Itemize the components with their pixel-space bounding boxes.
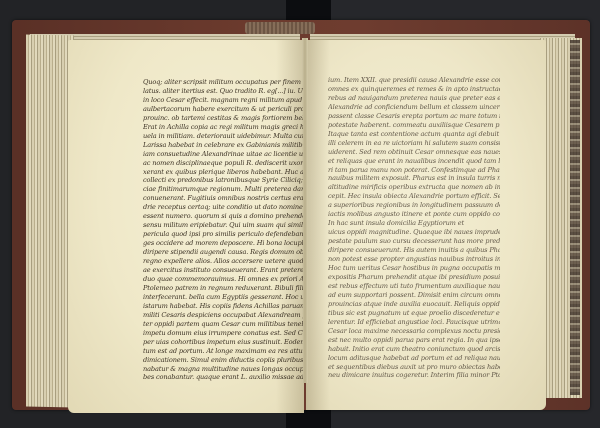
text-line: In hac sunt insula domicilia Egyptiorum … <box>328 219 500 228</box>
text-line: nabatur & magna multitudine naues longas… <box>143 365 303 374</box>
text-line: uiderent. Sed rem obtinuit Cesar omnesqu… <box>328 148 500 157</box>
background-gap-top <box>286 0 331 22</box>
text-line: aulbertacorum habere exercitum & ut peri… <box>143 105 303 114</box>
text-line: ac nomen disciplinaeque populi R. dedisc… <box>143 159 303 168</box>
text-line: impetu domum eius irrumpere conatus est.… <box>143 329 303 338</box>
headband <box>245 22 315 34</box>
text-line: et reliquas que erant in naualibus incen… <box>328 157 500 166</box>
text-line: dimicationem. Simul enim diductis copiis… <box>143 356 303 365</box>
text-line: istarum habebat. His copiis fidens Achil… <box>143 302 303 311</box>
text-line: non potest esse propter angustias nauibu… <box>328 255 500 264</box>
text-line: diripere stipendii augendi causa. Regis … <box>143 248 303 257</box>
text-line: regno expellere alios. Alios accersere u… <box>143 257 303 266</box>
text-line: expositis Pharum prehendit atque ibi pre… <box>328 273 500 282</box>
text-line: diripere consueuerunt. His autem inuitis… <box>328 246 500 255</box>
text-line: drie receptus certaq; uite conditio ut d… <box>143 203 303 212</box>
text-line: pestate paulum suo cursu decesserunt has… <box>328 237 500 246</box>
text-line: tibus sic est pugnatum ut eque proelio d… <box>328 309 500 318</box>
text-line: est rebus effectum uti tuto frumentum au… <box>328 282 500 291</box>
text-line: uicus oppidi magnitudine. Quaeque ibi na… <box>328 228 500 237</box>
left-page-text: Quoq; aliter scripsit militum occupatus … <box>143 78 303 382</box>
text-line: passent classe Cesaris erepta portum ac … <box>328 112 500 121</box>
text-line: locum aditusque habebat ad portum et ad … <box>328 354 500 363</box>
text-line: latus. aliter itertius est. Quo tradito … <box>143 87 303 96</box>
page-edges-left <box>26 34 74 407</box>
text-line: prouincias atque inde auxilia euocauit. … <box>328 300 500 309</box>
text-line: cepit. Hec insula obiecta Alexandrie por… <box>328 192 500 201</box>
text-line: per uias cohortibus impetum eius sustinu… <box>143 338 303 347</box>
text-line: Quoq; aliter scripsit militum occupatus … <box>143 78 303 87</box>
text-line: interfecerant. bella cum Egyptiis gesser… <box>143 293 303 302</box>
text-line: neu dimicare inuitus cogeretur. Interim … <box>328 371 500 380</box>
text-line: in loco Cesar effecit. magnam regni mili… <box>143 96 303 105</box>
right-page-text: ium. Item XXII. que presidii causa Alexa… <box>328 76 500 380</box>
text-line: pericula quod ipsi pro similis periculo … <box>143 230 303 239</box>
text-line: uela in militiam. deteriorauit uidebimur… <box>143 132 303 141</box>
text-line: militi Cesaris despiciens occupabat Alex… <box>143 311 303 320</box>
text-line: ri tam parua manu non poterat. Confestim… <box>328 166 500 175</box>
text-line: ter oppidi partem quam Cesar cum militib… <box>143 320 303 329</box>
text-line: et sequentibus diebus auxit ut pro muro … <box>328 363 500 372</box>
text-line: Hoc tum ueritus Cesar hostibus in pugna … <box>328 264 500 273</box>
text-line: Ptolemeo patrem in regnum reduxerant. Bi… <box>143 284 303 293</box>
text-line: ciae finitimarumque regionum. Multi pret… <box>143 185 303 194</box>
text-line: conuenerant. Fugitiuis omnibus nostris c… <box>143 194 303 203</box>
text-line: altitudine mirificis operibus extructa q… <box>328 183 500 192</box>
text-line: ad eum supportari possent. Dimisit enim … <box>328 291 500 300</box>
text-line: nauibus militem exposuit. Pharus est in … <box>328 174 500 183</box>
text-line: prouinc. ob tartemi cestitas & magis for… <box>143 114 303 123</box>
text-line: illi celerem in ea re uictoriam hi salut… <box>328 139 500 148</box>
text-line: rebus ad nauigandum preterea nauis que p… <box>328 94 500 103</box>
text-line: Cesar loca maxime necessaria complexus n… <box>328 327 500 336</box>
text-line: sensu militum eripiebatur. Qui uim suam … <box>143 221 303 230</box>
text-line: collecti ex predonibus latronibusque Syr… <box>143 176 303 185</box>
text-line: habuit. Initio erat cum theatro coniunct… <box>328 345 500 354</box>
text-line: essent numero. quorum si quis a domino p… <box>143 212 303 221</box>
text-line: omnes ex quinqueremes et remes & in apto… <box>328 85 500 94</box>
text-line: Erat in Achilla copia ac regi militum ma… <box>143 123 303 132</box>
text-line: est nec multo oppidi parua pars erat reg… <box>328 336 500 345</box>
text-line: Itaque tanta est contentione actum quant… <box>328 130 500 139</box>
text-line: Alexandrie ad conficiendum bellum et cla… <box>328 103 500 112</box>
text-line: a superioribus regionibus in longitudine… <box>328 201 500 210</box>
text-line: iactis molibus angusto itinere et ponte … <box>328 210 500 219</box>
text-line: Larissa habebat in celebrare ex Gabinian… <box>143 141 303 150</box>
text-line: ium. Item XXII. que presidii causa Alexa… <box>328 76 500 85</box>
text-line: xerant ex quibus plerique liberos habeba… <box>143 168 303 177</box>
text-line: tum est ad portum. At longe maximam ea r… <box>143 347 303 356</box>
binding-edge-right <box>570 40 580 395</box>
text-line: potestate haberent. commeatu auxiliisque… <box>328 121 500 130</box>
text-line: ae exercitus instituto consueuerant. Era… <box>143 266 303 275</box>
text-line: ges occidere ad morem deposcere. Hi bona… <box>143 239 303 248</box>
text-line: bes conabantur. quaque erant L. auxilio … <box>143 373 303 382</box>
text-line: duo quae commemorauimus. Hi omnes ex pri… <box>143 275 303 284</box>
text-line: iam consuetudine Alexandrinae uitae ac l… <box>143 150 303 159</box>
manuscript-photo: Quoq; aliter scripsit militum occupatus … <box>0 0 600 428</box>
text-line: lerentur. Id efficiebat angustiae loci. … <box>328 318 500 327</box>
